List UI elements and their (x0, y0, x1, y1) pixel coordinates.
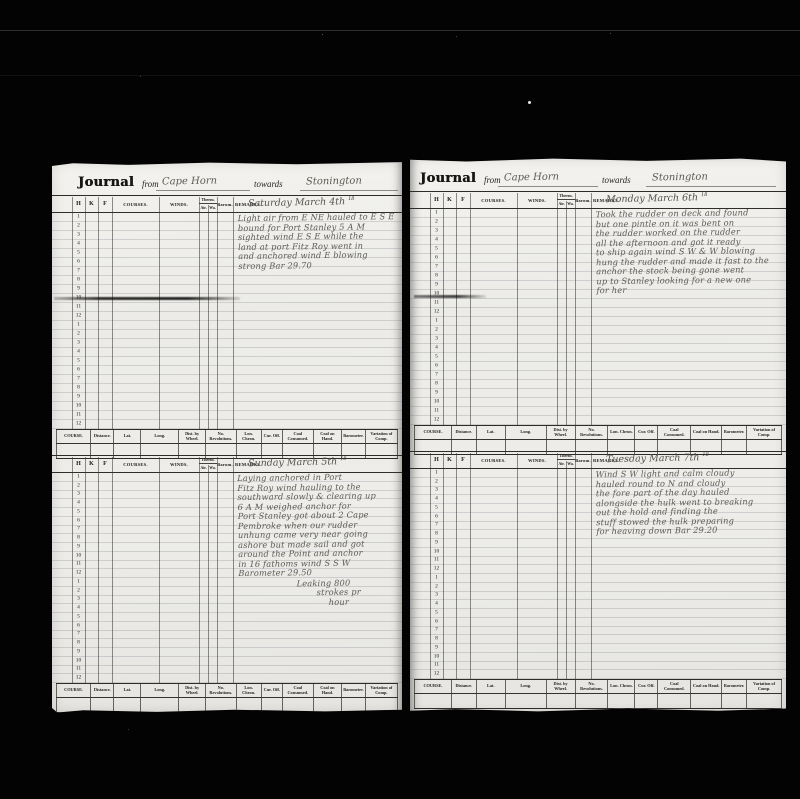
summary-cell: Lat. (477, 426, 506, 439)
column-header: H (430, 452, 443, 468)
hour-number: 1 (430, 318, 443, 324)
hour-number: 7 (72, 631, 85, 637)
log-row: 12 (52, 420, 402, 429)
summary-cell: Long. (141, 684, 179, 697)
column-header: H (430, 192, 443, 208)
origin-handwritten: Cape Horn (504, 172, 559, 184)
summary-cell (91, 698, 114, 712)
summary-cell: Cur. Off. (262, 430, 283, 443)
log-row: 12 (410, 416, 786, 425)
hour-number: 12 (72, 421, 85, 427)
column-rule (456, 453, 457, 679)
hour-number: 5 (430, 609, 443, 615)
handwritten-closing: Leaking 800strokes prhour (238, 577, 410, 608)
scan-noise-line (0, 30, 800, 31)
summary-cell: Cur. Off. (635, 680, 658, 693)
column-header: K (85, 196, 98, 212)
hour-number: 7 (72, 526, 85, 532)
summary-cell (722, 694, 747, 708)
hour-number: 5 (72, 613, 85, 619)
column-header: COURSES. (470, 452, 517, 468)
log-row: 5 (410, 353, 786, 362)
summary-cell: Lat. (114, 430, 141, 443)
column-header: K (443, 452, 456, 468)
summary-cell: Lon. Chron. (608, 426, 635, 439)
hour-number: 1 (72, 214, 85, 220)
therm-label: Therm. (199, 196, 217, 204)
summary-cell: Lat. (477, 680, 506, 693)
hour-number: 8 (72, 385, 85, 391)
hour-number: 4 (72, 500, 85, 506)
therm-air-label: Air. (557, 200, 566, 208)
column-rule (72, 197, 73, 429)
summary-header-row: COURSE.Distance.Lat.Long.Dist. by Wheel.… (414, 679, 782, 694)
hour-number: 1 (72, 322, 85, 328)
log-row: 6 (410, 618, 786, 627)
hour-number: 9 (72, 286, 85, 292)
summary-cell (342, 698, 365, 712)
log-row: 12 (410, 308, 786, 317)
hour-number: 3 (430, 487, 443, 493)
column-header: Barom. (575, 452, 591, 468)
hour-number: 5 (430, 504, 443, 510)
scanned-logbook-image: Journal from Cape Horn towards Stoningto… (0, 0, 800, 799)
hour-number: 8 (430, 273, 443, 279)
log-row: 2 (52, 330, 402, 339)
column-header: WINDS. (159, 456, 199, 472)
therm-air-label: Air. (199, 464, 208, 472)
hour-number: 2 (72, 587, 85, 593)
hour-number: 12 (430, 417, 443, 423)
log-row: 11 (410, 662, 786, 671)
column-rule (430, 453, 431, 679)
summary-cell: Variation of Comp. (366, 684, 398, 697)
summary-cell (506, 694, 547, 708)
column-rule (112, 457, 113, 683)
log-row: 3 (52, 339, 402, 348)
hour-number: 7 (430, 372, 443, 378)
form-header-row: HKFCOURSES.WINDS.Barom.Therm.Air.Wa.REMA… (410, 451, 786, 469)
summary-cell: Long. (141, 430, 179, 443)
hour-number: 11 (72, 666, 85, 672)
log-form-day1: HKFCOURSES.WINDS.Barom.Therm.Air.Wa.REMA… (52, 195, 402, 455)
form-header-row: HKFCOURSES.WINDS.Barom.Therm.Air.Wa.REMA… (410, 191, 786, 209)
hour-number: 9 (72, 648, 85, 654)
hour-number: 1 (72, 578, 85, 584)
log-row: 9 (52, 393, 402, 402)
hour-number: 4 (430, 237, 443, 243)
hour-number: 11 (430, 662, 443, 668)
log-row: 1 (410, 317, 786, 326)
hour-number: 4 (72, 349, 85, 355)
log-row: 11 (410, 407, 786, 416)
log-row: 9 (410, 539, 786, 548)
column-rule (159, 197, 160, 429)
summary-cell: Dist. by Wheel. (179, 684, 206, 697)
column-rule (517, 453, 518, 679)
column-rule (98, 197, 99, 429)
log-row: 10 (410, 548, 786, 557)
column-rule (456, 193, 457, 425)
hour-number: 2 (430, 219, 443, 225)
therm-water-label: Wa. (208, 464, 217, 472)
towards-label: towards (254, 179, 283, 189)
column-header: H (72, 196, 85, 212)
log-row: 10 (52, 402, 402, 411)
printed-year-mark: 18 (340, 456, 346, 462)
therm-water-label: Wa. (566, 200, 575, 208)
hour-number: 5 (72, 250, 85, 256)
log-row: 10 (410, 653, 786, 662)
summary-header-row: COURSE.Distance.Lat.Long.Dist. by Wheel.… (56, 429, 398, 444)
column-header: COURSES. (112, 196, 159, 212)
column-rule (566, 461, 567, 679)
hour-number: 8 (72, 640, 85, 646)
summary-cell: Coal on Hand. (691, 680, 722, 693)
summary-cell (608, 694, 635, 708)
summary-cell: COURSE. (414, 426, 452, 439)
hour-number: 3 (72, 596, 85, 602)
hour-number: 4 (72, 605, 85, 611)
summary-cell: Barometer. (722, 426, 747, 439)
hour-number: 6 (72, 367, 85, 373)
log-row: 9 (410, 644, 786, 653)
hour-number: 2 (430, 583, 443, 589)
log-row: 10 (410, 398, 786, 407)
handwritten-remarks: Light air from E NE hauled to E S Ebound… (238, 212, 411, 271)
journal-title-line: Journal from Cape Horn towards Stoningto… (410, 167, 786, 193)
column-rule (470, 453, 471, 679)
summary-cell: COURSE. (414, 680, 452, 693)
hour-number: 6 (430, 363, 443, 369)
hour-number: 12 (72, 313, 85, 319)
column-rule (470, 193, 471, 425)
summary-cell: Dist. by Wheel. (179, 430, 206, 443)
summary-cell: Coal on Hand. (314, 684, 343, 697)
log-row: 11 (410, 299, 786, 308)
hour-number: 10 (430, 548, 443, 554)
dust-speck (128, 729, 129, 730)
log-row: 7 (52, 631, 402, 640)
hour-number: 10 (430, 653, 443, 659)
hour-number: 10 (72, 552, 85, 558)
handwritten-remarks: Wind S W light and calm cloudyhauled rou… (596, 468, 795, 537)
hour-number: 1 (72, 473, 85, 479)
hour-number: 12 (430, 309, 443, 315)
log-row: 12 (52, 312, 402, 321)
underline (156, 190, 250, 191)
column-rule (566, 201, 567, 425)
hour-number: 9 (430, 390, 443, 396)
log-row: 11 (410, 557, 786, 566)
hour-number: 7 (72, 268, 85, 274)
log-row: 9 (52, 648, 402, 657)
log-row: 2 (410, 326, 786, 335)
column-rule (575, 453, 576, 679)
summary-cell (262, 698, 283, 712)
hour-number: 6 (72, 259, 85, 265)
log-row: 8 (410, 635, 786, 644)
summary-cell (141, 698, 179, 712)
column-rule (233, 457, 234, 683)
summary-cell: Variation of Comp. (747, 680, 782, 693)
hour-number: 12 (430, 566, 443, 572)
hour-number: 1 (430, 574, 443, 580)
journal-label: Journal (420, 171, 476, 186)
log-row: 3 (410, 335, 786, 344)
summary-cell (206, 698, 237, 712)
summary-cell (452, 694, 477, 708)
summary-cell: No. Revolutions. (206, 430, 237, 443)
log-row: 8 (52, 276, 402, 285)
summary-cell: Dist. by Wheel. (547, 680, 576, 693)
summary-cell: Barometer. (342, 684, 365, 697)
summary-cell (477, 694, 506, 708)
summary-cell: Lat. (114, 684, 141, 697)
log-row: 5 (52, 357, 402, 366)
log-row: 11 (52, 666, 402, 675)
summary-value-row (56, 698, 398, 713)
summary-cell (179, 698, 206, 712)
destination-handwritten: Stonington (306, 176, 362, 188)
therm-air-label: Air. (199, 204, 208, 212)
log-row: 5 (52, 613, 402, 622)
column-rule (199, 197, 200, 429)
log-row: 5 (410, 609, 786, 618)
hour-number: 5 (430, 246, 443, 252)
form-header-row: HKFCOURSES.WINDS.Barom.Therm.Air.Wa.REMA… (52, 455, 402, 473)
printed-year-mark: 18 (348, 196, 354, 202)
summary-cell: Cur. Off. (262, 684, 283, 697)
dust-speck (140, 76, 141, 77)
column-rule (430, 193, 431, 425)
summary-cell (56, 698, 91, 712)
logbook-page-left: Journal from Cape Horn towards Stoningto… (52, 161, 402, 713)
log-row: 8 (52, 639, 402, 648)
log-row: 12 (410, 565, 786, 574)
summary-cell: Barometer. (342, 430, 365, 443)
dust-speck (456, 36, 457, 37)
log-row: 6 (410, 362, 786, 371)
summary-cell (114, 698, 141, 712)
summary-value-row (414, 694, 782, 709)
closing-line: hour (329, 596, 411, 607)
hour-number: 6 (72, 622, 85, 628)
hour-number: 3 (430, 592, 443, 598)
therm-label: Therm. (199, 456, 217, 464)
column-rule (575, 193, 576, 425)
summary-cell (414, 694, 452, 708)
ink-smudge (414, 295, 486, 298)
column-rule (85, 457, 86, 683)
log-row: 2 (410, 583, 786, 592)
column-rule (199, 457, 200, 683)
column-rule (233, 197, 234, 429)
summary-cell: COURSE. (56, 430, 91, 443)
summary-header-row: COURSE.Distance.Lat.Long.Dist. by Wheel.… (56, 683, 398, 698)
handwritten-remarks: Took the rudder on deck and foundbut one… (595, 208, 794, 296)
summary-cell: Variation of Comp. (366, 430, 398, 443)
hour-number: 10 (430, 399, 443, 405)
column-rule (217, 457, 218, 683)
hour-number: 4 (72, 241, 85, 247)
hour-number: 12 (72, 675, 85, 681)
hour-number: 7 (72, 376, 85, 382)
therm-air-label: Air. (557, 460, 566, 468)
scan-noise-line (0, 75, 800, 76)
log-row: 7 (410, 371, 786, 380)
hour-number: 5 (72, 358, 85, 364)
hour-number: 10 (72, 657, 85, 663)
column-rule (557, 453, 558, 679)
column-header: F (456, 192, 470, 208)
therm-water-label: Wa. (566, 460, 575, 468)
hour-number: 11 (430, 300, 443, 306)
summary-cell (658, 694, 691, 708)
column-header: K (443, 192, 456, 208)
summary-cell: Distance. (91, 430, 114, 443)
log-row: 9 (52, 285, 402, 294)
column-rule (591, 193, 592, 425)
hour-number: 9 (430, 539, 443, 545)
hour-number: 1 (430, 210, 443, 216)
hour-number: 1 (430, 469, 443, 475)
column-rule (208, 465, 209, 683)
printed-year-mark: 18 (702, 452, 708, 458)
hour-number: 12 (72, 570, 85, 576)
journal-title-line: Journal from Cape Horn towards Stoningto… (52, 171, 402, 197)
hour-number: 8 (430, 636, 443, 642)
dust-speck (610, 33, 611, 34)
summary-cell: Coal on Hand. (314, 430, 343, 443)
summary-cell: Coal Consumed. (658, 680, 691, 693)
column-header: K (85, 456, 98, 472)
hour-number: 2 (430, 478, 443, 484)
summary-cell: Lon. Chron. (608, 680, 635, 693)
from-label: from (142, 179, 159, 189)
hour-number: 9 (430, 644, 443, 650)
log-form-day1: HKFCOURSES.WINDS.Barom.Therm.Air.Wa.REMA… (410, 191, 786, 451)
hour-number: 2 (72, 482, 85, 488)
column-header: Barom. (217, 196, 233, 212)
hour-number: 8 (430, 381, 443, 387)
column-header: WINDS. (517, 192, 557, 208)
summary-cell: Coal Consumed. (658, 426, 691, 439)
form-header-row: HKFCOURSES.WINDS.Barom.Therm.Air.Wa.REMA… (52, 195, 402, 213)
log-row: 6 (52, 366, 402, 375)
hour-number: 10 (72, 403, 85, 409)
printed-year-mark: 18 (701, 192, 707, 198)
summary-cell (283, 698, 314, 712)
summary-cell: Distance. (91, 684, 114, 697)
summary-cell: Coal Consumed. (283, 684, 314, 697)
log-row: 4 (52, 348, 402, 357)
from-label: from (484, 175, 501, 185)
underline (646, 186, 776, 187)
therm-water-label: Wa. (208, 204, 217, 212)
summary-cell (635, 694, 658, 708)
summary-header-row: COURSE.Distance.Lat.Long.Dist. by Wheel.… (414, 425, 782, 440)
summary-cell (576, 694, 609, 708)
summary-cell (691, 694, 722, 708)
underline (498, 186, 598, 187)
hour-number: 11 (430, 557, 443, 563)
summary-cell: No. Revolutions. (206, 684, 237, 697)
dust-speck (322, 34, 323, 35)
handwritten-date: Sunday March 5th18 (248, 456, 347, 469)
handwritten-remarks: Laying anchored in PortFitz Roy wind hau… (237, 472, 411, 608)
summary-cell: Cur. Off. (635, 426, 658, 439)
hour-number: 3 (72, 340, 85, 346)
handwritten-date: Saturday March 4th18 (248, 196, 355, 209)
hour-number: 8 (72, 277, 85, 283)
column-rule (159, 457, 160, 683)
column-header: WINDS. (159, 196, 199, 212)
log-form-day2: HKFCOURSES.WINDS.Barom.Therm.Air.Wa.REMA… (52, 455, 402, 709)
log-row: 6 (52, 622, 402, 631)
summary-cell: Lon. Chron. (237, 684, 262, 697)
log-row: 9 (410, 389, 786, 398)
summary-cell (366, 698, 398, 712)
origin-handwritten: Cape Horn (162, 176, 217, 188)
hour-number: 9 (72, 394, 85, 400)
log-row: 4 (410, 600, 786, 609)
column-header: WINDS. (517, 452, 557, 468)
hour-number: 3 (72, 491, 85, 497)
summary-cell: Distance. (452, 680, 477, 693)
hour-number: 2 (72, 331, 85, 337)
hour-number: 6 (430, 255, 443, 261)
hour-number: 11 (72, 561, 85, 567)
column-rule (85, 197, 86, 429)
log-row: 10 (52, 657, 402, 666)
hour-number: 4 (430, 345, 443, 351)
summary-cell (547, 694, 576, 708)
summary-cell: Variation of Comp. (747, 426, 782, 439)
log-row: 7 (410, 627, 786, 636)
destination-handwritten: Stonington (652, 172, 708, 184)
summary-cell: Lon. Chron. (237, 430, 262, 443)
hour-number: 8 (430, 531, 443, 537)
hour-number: 5 (430, 354, 443, 360)
hour-number: 4 (430, 601, 443, 607)
ink-smudge (54, 297, 240, 300)
column-header: Barom. (575, 192, 591, 208)
column-header: F (456, 452, 470, 468)
summary-cell (747, 694, 782, 708)
hour-number: 6 (72, 517, 85, 523)
summary-cell: Dist. by Wheel. (547, 426, 576, 439)
hour-number: 8 (72, 535, 85, 541)
summary-cell (314, 698, 343, 712)
summary-cell: Coal on Hand. (691, 426, 722, 439)
log-row: 7 (52, 375, 402, 384)
column-header: COURSES. (112, 456, 159, 472)
log-row: 8 (52, 384, 402, 393)
hour-number: 7 (430, 627, 443, 633)
log-row: 12 (52, 674, 402, 683)
log-row: 11 (52, 303, 402, 312)
summary-cell: No. Revolutions. (576, 426, 609, 439)
dust-speck (528, 101, 531, 104)
column-rule (443, 453, 444, 679)
column-rule (517, 193, 518, 425)
column-rule (98, 457, 99, 683)
summary-cell: COURSE. (56, 684, 91, 697)
summary-cell: No. Revolutions. (576, 680, 609, 693)
hour-number: 4 (430, 496, 443, 502)
hour-number: 6 (430, 618, 443, 624)
